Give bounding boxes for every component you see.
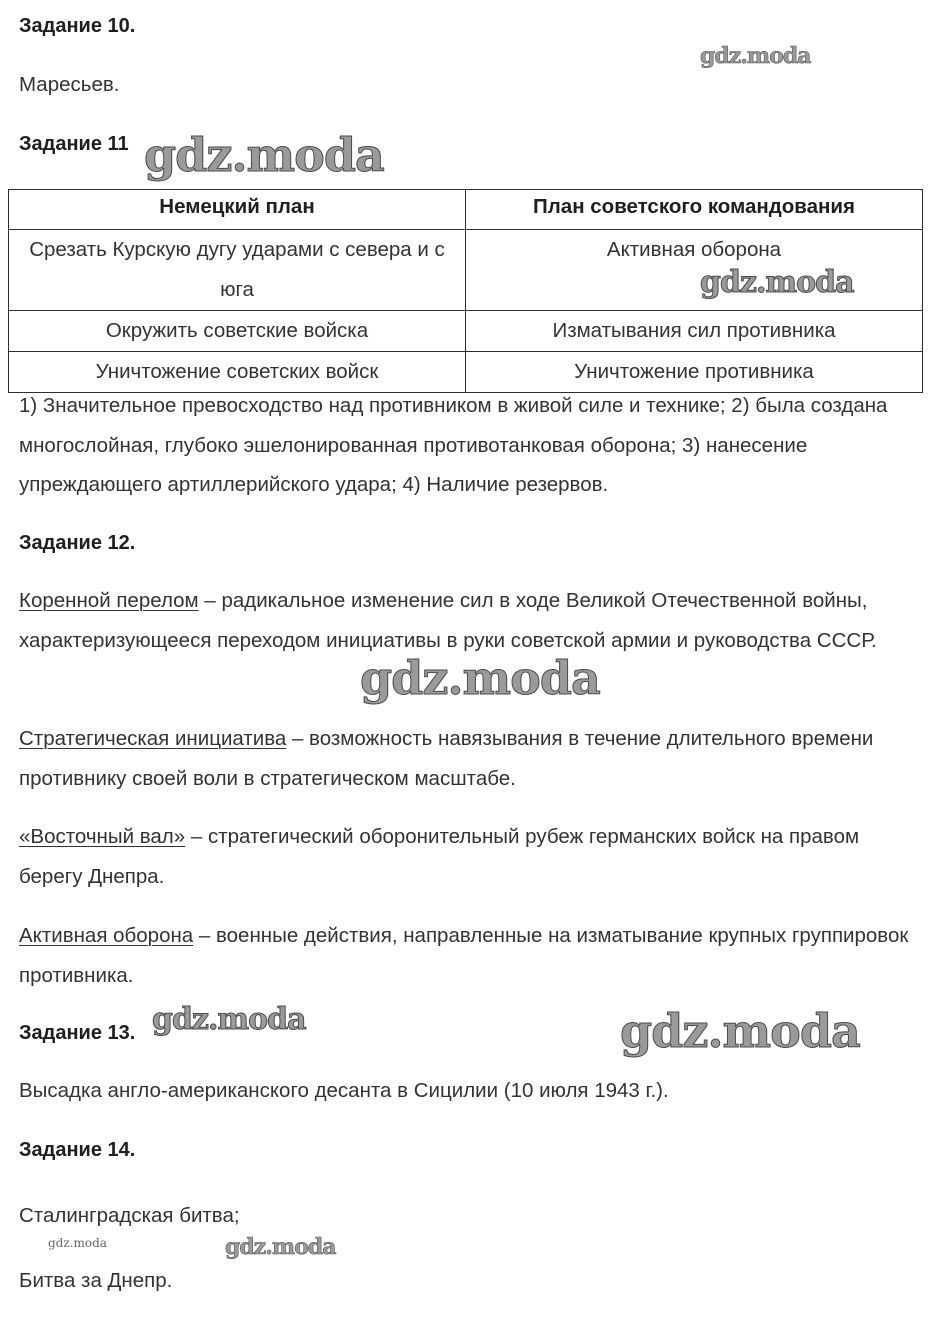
watermark-logo: gdz.moda bbox=[700, 268, 854, 298]
document-page: Задание 10. Маресьев. Задание 11 Немецки… bbox=[0, 0, 931, 1340]
definition-term: Коренной перелом bbox=[19, 589, 199, 612]
watermark-logo: gdz.moda bbox=[144, 132, 384, 178]
definition-item: Стратегическая инициатива – возможность … bbox=[19, 719, 909, 798]
watermark-logo: gdz.moda bbox=[152, 1005, 306, 1035]
definition-term: Стратегическая инициатива bbox=[19, 727, 286, 750]
task-13-answer: Высадка англо-американского десанта в Си… bbox=[19, 1071, 909, 1111]
definition-item: Коренной перелом – радикальное изменение… bbox=[19, 581, 909, 660]
table-cell: Изматывания сил противника bbox=[466, 311, 923, 352]
table-row: Окружить советские войска Изматывания си… bbox=[9, 311, 923, 352]
watermark-logo: gdz.moda bbox=[700, 45, 811, 67]
definition-term: Активная оборона bbox=[19, 924, 193, 947]
watermark-logo: gdz.moda bbox=[225, 1236, 336, 1258]
task-11-heading: Задание 11 bbox=[19, 132, 129, 156]
task-11-reasons: 1) Значительное превосходство над против… bbox=[19, 386, 909, 505]
table-cell: Окружить советские войска bbox=[9, 311, 466, 352]
column-header-german-plan: Немецкий план bbox=[9, 190, 466, 230]
task-14-answer-1: Сталинградская битва; bbox=[19, 1196, 909, 1236]
task-12-heading: Задание 12. bbox=[19, 531, 135, 555]
watermark-logo: gdz.moda bbox=[48, 1237, 107, 1249]
task-14-answer-2: Битва за Днепр. bbox=[19, 1261, 909, 1301]
task-10-heading: Задание 10. bbox=[19, 14, 135, 38]
task-14-heading: Задание 14. bbox=[19, 1138, 135, 1162]
watermark-logo: gdz.moda bbox=[620, 1008, 860, 1054]
column-header-soviet-plan: План советского командования bbox=[466, 190, 923, 230]
definition-item: «Восточный вал» – стратегический оборони… bbox=[19, 817, 909, 896]
definition-term: «Восточный вал» bbox=[19, 825, 185, 848]
table-header-row: Немецкий план План советского командован… bbox=[9, 190, 923, 230]
definition-item: Активная оборона – военные действия, нап… bbox=[19, 916, 909, 995]
task-10-answer: Маресьев. bbox=[19, 65, 909, 105]
watermark-logo: gdz.moda bbox=[360, 655, 600, 701]
task-13-heading: Задание 13. bbox=[19, 1021, 135, 1045]
table-cell: Срезать Курскую дугу ударами с севера и … bbox=[9, 230, 466, 311]
